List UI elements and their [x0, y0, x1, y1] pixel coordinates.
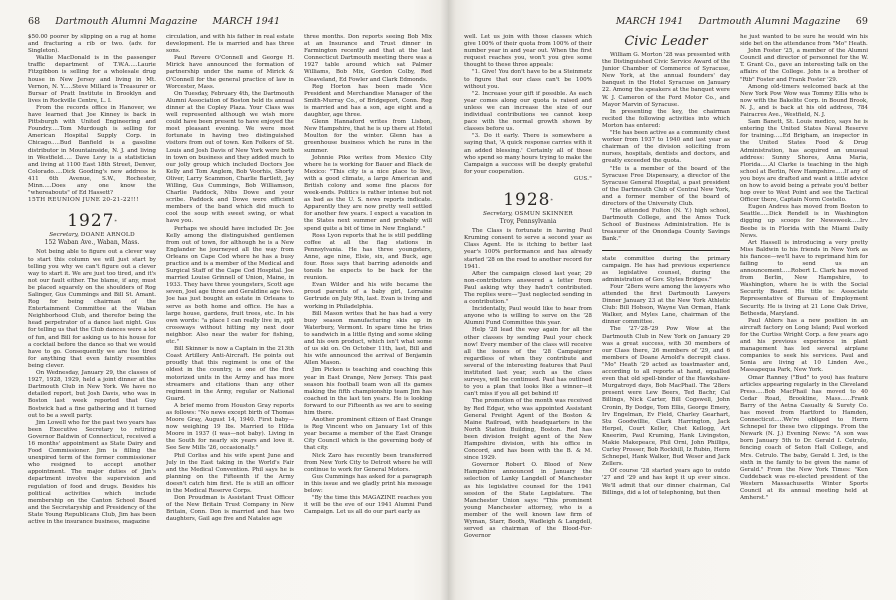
class-year: 1928: [503, 190, 550, 210]
paragraph: Bill Mason writes that he has had a very…: [304, 311, 432, 368]
binding-gutter: [440, 0, 456, 600]
page-number: 68: [28, 16, 40, 27]
right-column-3: he just wanted to be sure he would win h…: [740, 34, 868, 592]
right-page: MARCH 1941 Dartmouth Alumni Magazine 69 …: [448, 0, 896, 600]
paragraph: William G. Morton '28 was presented with…: [602, 52, 730, 109]
right-column-2: Civic Leader William G. Morton '28 was p…: [602, 34, 730, 592]
secretary-name: DOANE ARNOLD: [81, 232, 135, 238]
paragraph: The promotion of the month was received …: [464, 398, 592, 462]
paragraph: Don Proudman is Assistant Trust Officer …: [166, 495, 294, 523]
box-title: Civic Leader: [602, 34, 730, 50]
paragraph: From the records office in Hanover, we h…: [28, 105, 156, 197]
paragraph: well. Let us join with those classes whi…: [464, 34, 592, 69]
paragraph: On Tuesday, February 4th, the Dartmouth …: [166, 91, 294, 226]
magazine-spread: 68 Dartmouth Alumni Magazine MARCH 1941 …: [0, 0, 896, 600]
paragraph: "By the time this MAGAZINE reaches you i…: [304, 495, 432, 516]
paragraph: he just wanted to be sure he would win h…: [740, 34, 868, 48]
paragraph: "1. Give! You don't have to be a Steinme…: [464, 69, 592, 90]
paragraph: Bill Skinner is now a Captain in the 213…: [166, 346, 294, 403]
paragraph: Four '28ers were among the lawyers who a…: [602, 284, 730, 327]
paragraph: Evan Wilder and his wife became the prou…: [304, 282, 432, 310]
paragraph: Help '28 lead the way again for all the …: [464, 327, 592, 398]
paragraph: "2. Increase your gift if possible. As e…: [464, 91, 592, 134]
paragraph: state committee during the primary campa…: [602, 256, 730, 284]
left-page: 68 Dartmouth Alumni Magazine MARCH 1941 …: [0, 0, 448, 600]
paragraph: Jim Picken is teaching and coaching this…: [304, 367, 432, 417]
paragraph: Glenn Hannaford writes from Lisbon, New …: [304, 119, 432, 154]
paragraph: Reg Horton has been made Vice President …: [304, 84, 432, 119]
paragraph: Paul Revere O'Connell and George H. Miri…: [166, 55, 294, 90]
left-column-3: three months. Don reports seeing Bob Mix…: [304, 34, 432, 592]
class-year: 1927: [67, 211, 114, 231]
secretary-address: 152 Waban Ave., Waban, Mass.: [28, 239, 156, 247]
paragraph: "He attended Fulton (N. Y.) high school,…: [602, 208, 730, 243]
right-running-head: MARCH 1941 Dartmouth Alumni Magazine 69: [616, 16, 868, 27]
asterisk-mark: *: [114, 220, 116, 225]
signature: GUS.": [464, 176, 592, 183]
paragraph: "He has been active as a community chest…: [602, 130, 730, 165]
paragraph: Art Hassell is introducing a very pretty…: [740, 240, 868, 318]
reunion-notice: 15TH REUNION JUNE 20-21-22!!!: [28, 197, 156, 204]
paragraph: Not being able to figure out a clever wa…: [28, 249, 156, 370]
paragraph: Paul Ahlers has a new position in an air…: [740, 318, 868, 375]
paragraph: $50.00 poorer by slipping on a rug at ho…: [28, 34, 156, 55]
paragraph: Jim Lowell who for the past two years ha…: [28, 420, 156, 526]
left-column-1: $50.00 poorer by slipping on a rug at ho…: [28, 34, 156, 592]
right-columns: well. Let us join with those classes whi…: [464, 34, 868, 592]
paragraph: Of course '28 started years ago to outdo…: [602, 468, 730, 496]
secretary-label: Secretary,: [49, 232, 79, 238]
paragraph: Among old-timers welcomed back at the Ne…: [740, 84, 868, 119]
paragraph: On Wednesday, January 29, the classes of…: [28, 370, 156, 420]
paragraph: "He is a member of the board of the Syra…: [602, 166, 730, 209]
class-secretary: Secretary, DOANE ARNOLD: [28, 232, 156, 239]
magazine-title: Dartmouth Alumni Magazine: [699, 16, 841, 27]
paragraph: Wallie MacDonald is in the passenger tra…: [28, 55, 156, 105]
paragraph: Sam Banett, St. Louis medico, says he is…: [740, 119, 868, 204]
left-columns: $50.00 poorer by slipping on a rug at ho…: [28, 34, 432, 592]
paragraph: Nick Zaro has recently been transferred …: [304, 453, 432, 474]
divider-rule: [602, 250, 730, 251]
issue-date: MARCH 1941: [616, 16, 684, 27]
paragraph: Johnnie Pike writes from Mexico City whe…: [304, 155, 432, 233]
secretary-name: OSMUN SKINNER: [515, 211, 573, 217]
paragraph: Omar Ranney ("Bud" to you) has feature a…: [740, 375, 868, 503]
paragraph: Ross Lyon reports that he is still peddl…: [304, 233, 432, 283]
issue-date: MARCH 1941: [213, 16, 281, 27]
civic-leader-box: Civic Leader William G. Morton '28 was p…: [602, 34, 730, 244]
paragraph: A brief memo from Houston Gray reports a…: [166, 403, 294, 453]
paragraph: The Class is fortunate in having Paul Kr…: [464, 228, 592, 271]
magazine-title: Dartmouth Alumni Magazine: [55, 16, 197, 27]
class-heading-1928: 1928*: [464, 191, 592, 209]
secretary-address: Troy, Pennsylvania: [464, 218, 592, 226]
paragraph: three months. Don reports seeing Bob Mix…: [304, 34, 432, 84]
paragraph: Eugen Andres has moved from Boston to Se…: [740, 204, 868, 239]
left-column-2: circulation, and with his father in real…: [166, 34, 294, 592]
paragraph: John Foster '25, a member of the Alumni …: [740, 48, 868, 83]
paragraph: Phil Corliss and his wife spent June and…: [166, 453, 294, 496]
paragraph: "3. Do it early. There is somewhere a sa…: [464, 133, 592, 176]
paragraph: Perhaps we should have included Dr. Joe …: [166, 226, 294, 347]
paragraph: Another prominent citizen of East Orange…: [304, 417, 432, 452]
paragraph: Incidentally, Paul would like to hear fr…: [464, 306, 592, 327]
class-heading-1927: 1927*: [28, 212, 156, 230]
paragraph: After the campaign closed last year, 29 …: [464, 271, 592, 306]
paragraph: circulation, and with his father in real…: [166, 34, 294, 55]
paragraph: Governor Robert O. Blood of New Hampshir…: [464, 462, 592, 540]
asterisk-mark: *: [550, 199, 552, 204]
page-number: 69: [856, 16, 868, 27]
class-secretary: Secretary, OSMUN SKINNER: [464, 211, 592, 218]
paragraph: Gus Cummings has asked for a paragraph i…: [304, 474, 432, 495]
left-running-head: 68 Dartmouth Alumni Magazine MARCH 1941: [28, 16, 280, 27]
paragraph: The '27-'28-'29 Pow Wow at the Dartmouth…: [602, 326, 730, 468]
paragraph: In presenting the key, the chairman reci…: [602, 109, 730, 130]
secretary-label: Secretary,: [483, 211, 513, 217]
right-column-1: well. Let us join with those classes whi…: [464, 34, 592, 592]
